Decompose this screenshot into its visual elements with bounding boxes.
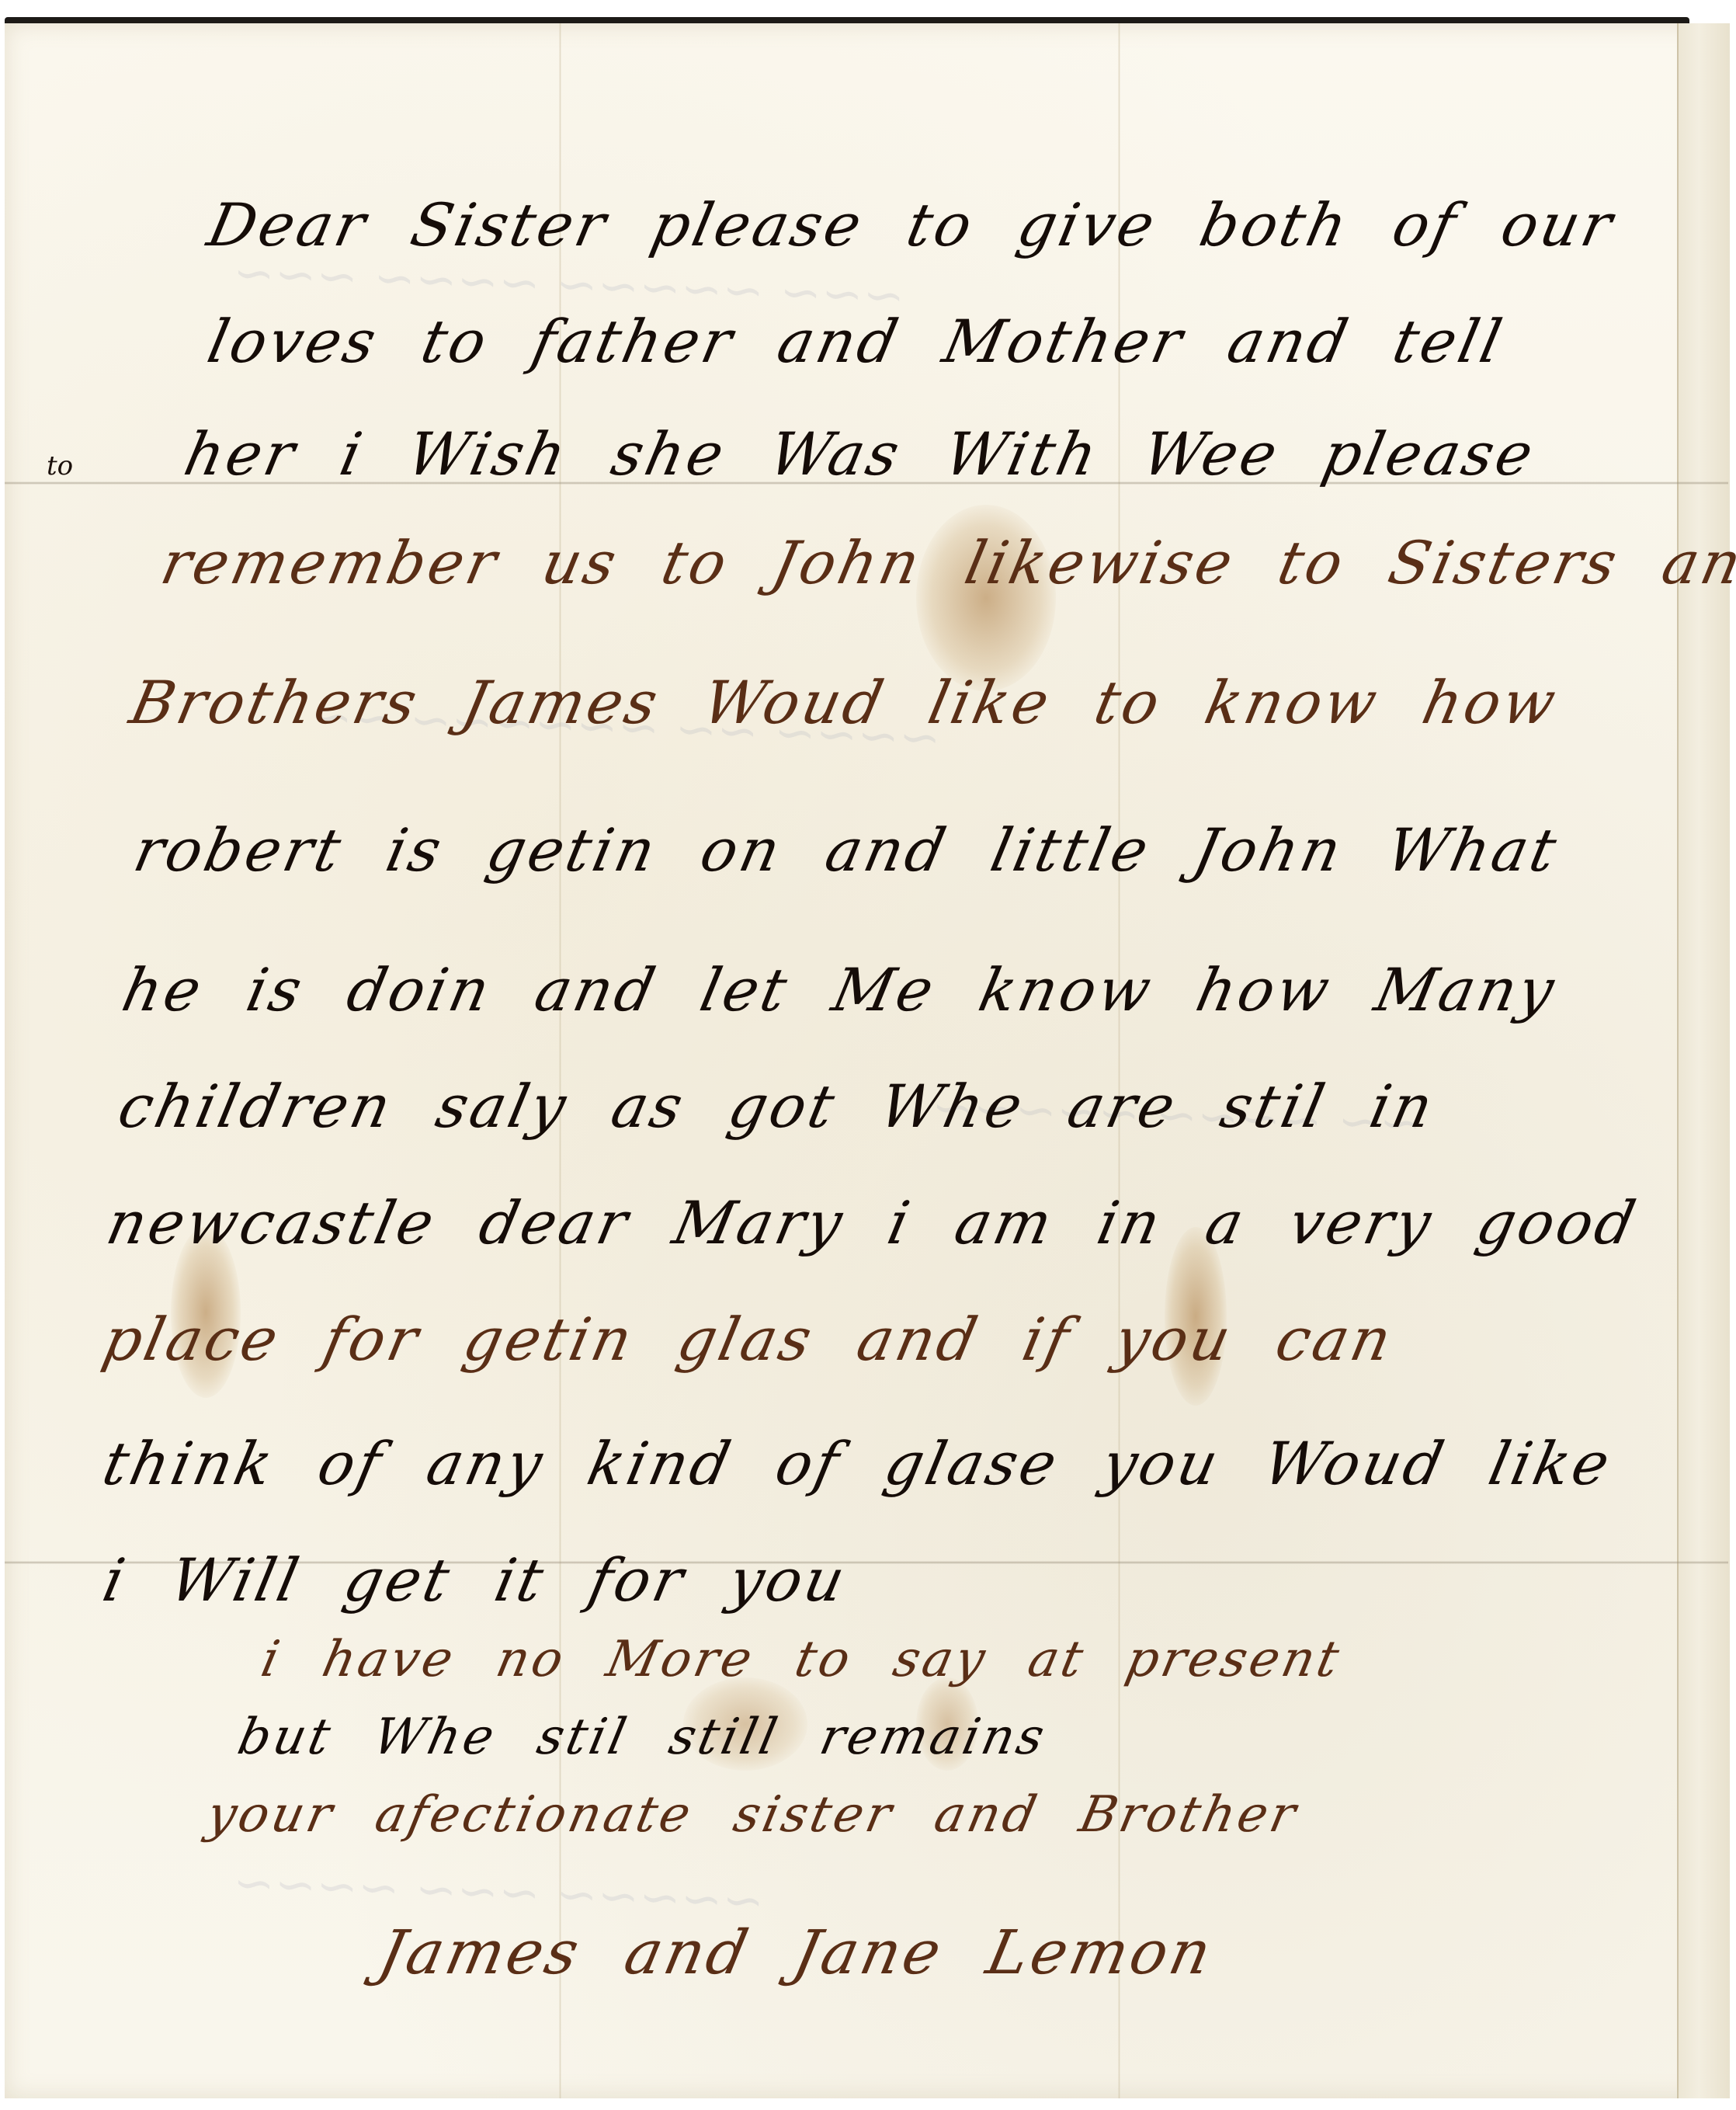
letter-line: loves to father and Mother and tell — [202, 307, 1511, 376]
paper-fold-flap — [1677, 23, 1730, 2098]
letter-line: newcastle dear Mary i am in a very good — [101, 1188, 1644, 1257]
closing-line: i have no More to say at present — [256, 1631, 1347, 1688]
closing-line: your afectionate sister and Brother — [202, 1786, 1304, 1844]
letter-line: i Will get it for you — [97, 1545, 854, 1615]
closing-line: but Whe stil still remains — [233, 1709, 1052, 1766]
letter-line: children saly as got Whe are stil in — [113, 1072, 1442, 1141]
letter-line: think of any kind of glase you Woud like — [97, 1429, 1619, 1498]
margin-mark: to — [47, 450, 73, 481]
signature: James and Jane Lemon — [373, 1918, 1220, 1988]
letter-line: Brothers James Woud like to know how — [124, 668, 1564, 737]
letter-line: her i Wish she Was With Wee please — [179, 419, 1542, 488]
letter-line: remember us to John likewise to Sisters … — [155, 528, 1736, 597]
letter-line: he is doin and let Me know how Many — [116, 955, 1563, 1024]
letter-line: Dear Sister please to give both of our — [202, 190, 1621, 259]
letter-line: robert is getin on and little John What — [128, 815, 1565, 885]
letter-line: place for getin glas and if you can — [97, 1305, 1401, 1374]
